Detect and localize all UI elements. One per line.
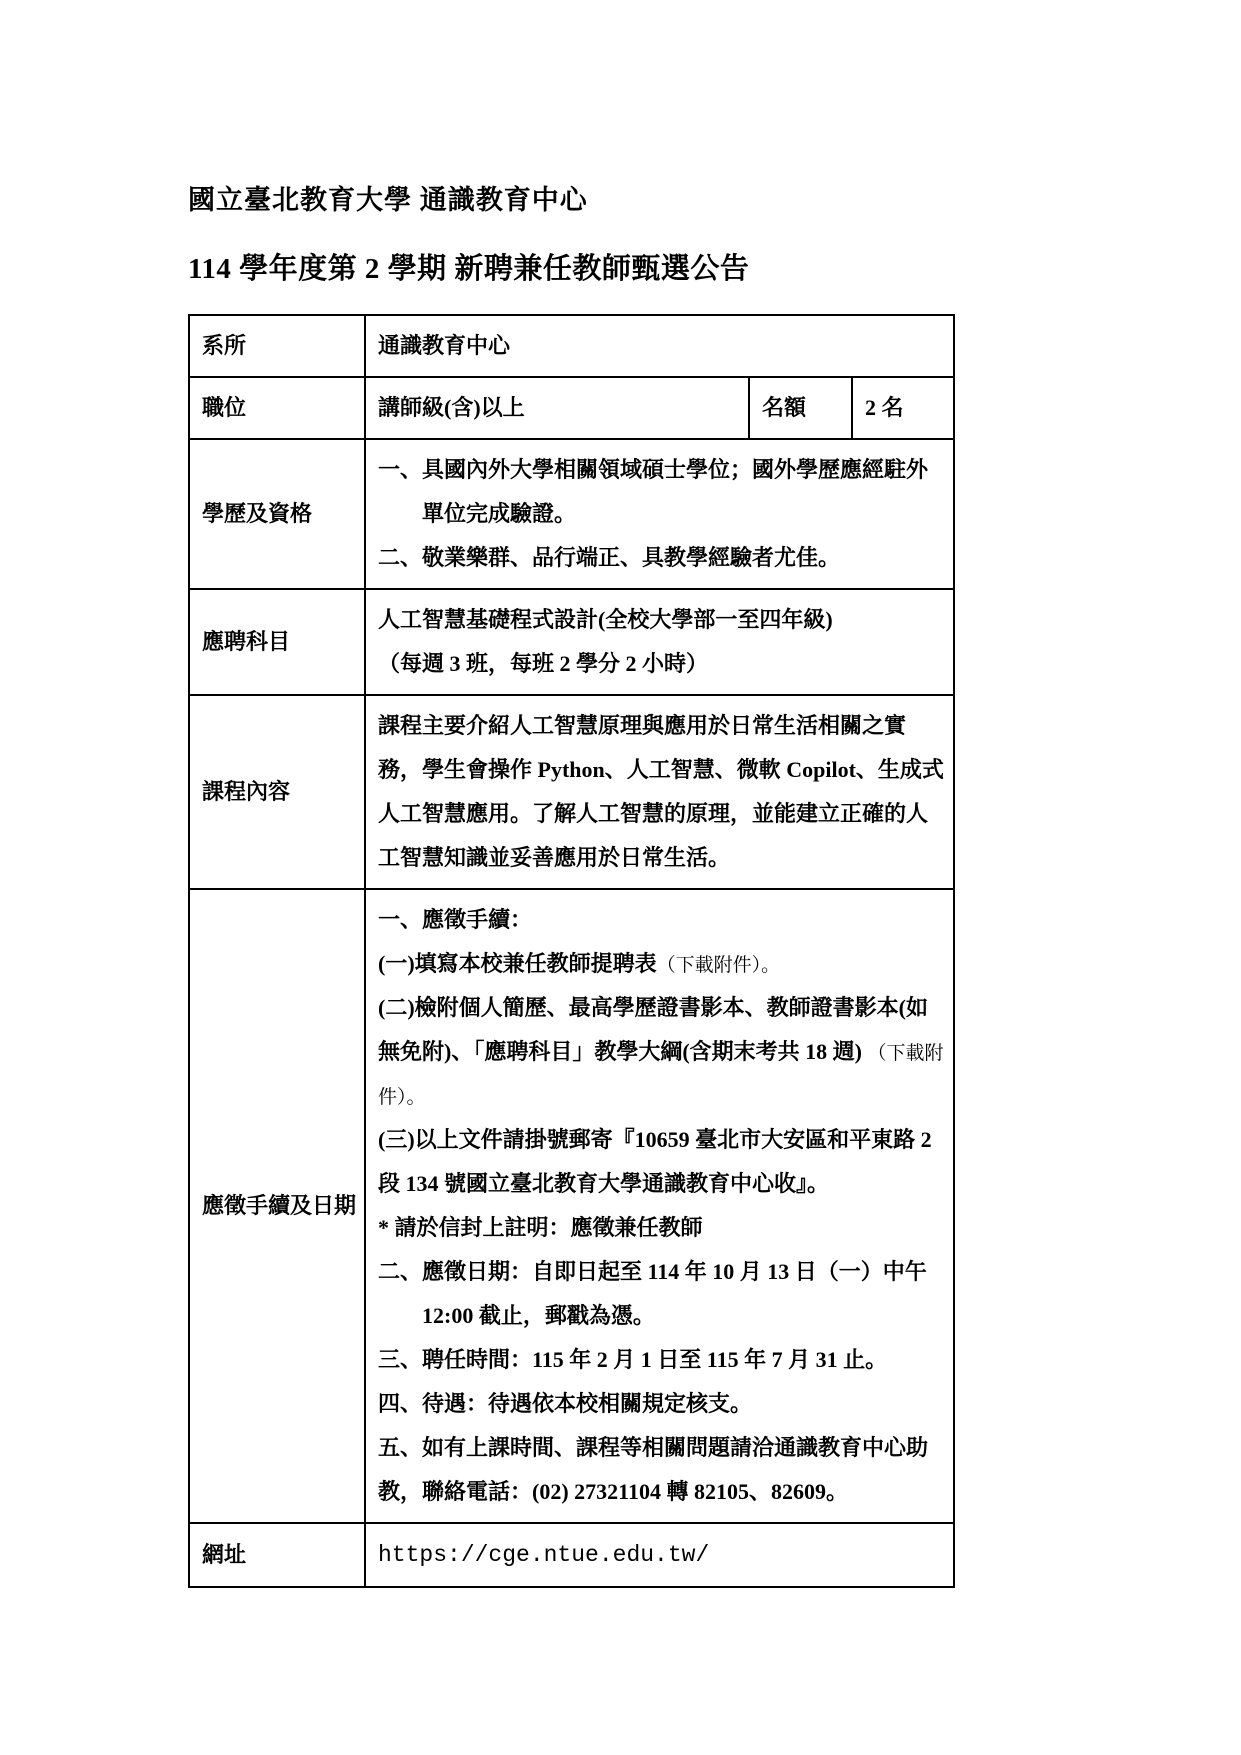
department-value: 通識教育中心 [365, 315, 954, 377]
subject-line: （每週 3 班，每班 2 學分 2 小時） [378, 642, 949, 686]
website-content: https://cge.ntue.edu.tw/ [365, 1523, 954, 1587]
procedure-heading: 一、應徵手續： [378, 898, 949, 942]
procedure-content: 一、應徵手續： (一)填寫本校兼任教師提聘表（下載附件）。 (二)檢附個人簡歷、… [365, 889, 954, 1523]
deadline-line-1: 二、應徵日期：自即日起至 114 年 10 月 13 日（一）中午 [378, 1250, 949, 1294]
qualification-item: 一、具國內外大學相關領域碩士學位；國外學歷應經駐外單位完成驗證。 [378, 448, 949, 536]
quota-label: 名額 [749, 377, 852, 439]
row-qualification: 學歷及資格 一、具國內外大學相關領域碩士學位；國外學歷應經駐外單位完成驗證。 二… [189, 439, 954, 589]
envelope-note: * 請於信封上註明：應徵兼任教師 [378, 1206, 949, 1250]
contact-info: 五、如有上課時間、課程等相關問題請洽通識教育中心助教，聯絡電話：(02) 273… [378, 1426, 949, 1514]
subject-line: 人工智慧基礎程式設計(全校大學部一至四年級) [378, 598, 949, 642]
row-website: 網址 https://cge.ntue.edu.tw/ [189, 1523, 954, 1587]
qualification-content: 一、具國內外大學相關領域碩士學位；國外學歷應經駐外單位完成驗證。 二、敬業樂群、… [365, 439, 954, 589]
row-procedure: 應徵手續及日期 一、應徵手續： (一)填寫本校兼任教師提聘表（下載附件）。 (二… [189, 889, 954, 1523]
position-value: 講師級(含)以上 [365, 377, 749, 439]
procedure-step-1: (一)填寫本校兼任教師提聘表（下載附件）。 [378, 942, 949, 986]
row-position: 職位 講師級(含)以上 名額 2 名 [189, 377, 954, 439]
procedure-step-2-text: (二)檢附個人簡歷、最高學歷證書影本、教師證書影本(如無免附)、「應聘科目」教學… [378, 995, 928, 1064]
org-title: 國立臺北教育大學 通識教育中心 [188, 184, 953, 216]
quota-value: 2 名 [852, 377, 954, 439]
announcement-title: 114 學年度第 2 學期 新聘兼任教師甄選公告 [188, 252, 953, 287]
salary-note: 四、待遇：待遇依本校相關規定核支。 [378, 1382, 949, 1426]
course-label: 課程內容 [189, 695, 365, 889]
department-label: 系所 [189, 315, 365, 377]
website-label: 網址 [189, 1523, 365, 1587]
qualification-label: 學歷及資格 [189, 439, 365, 589]
qualification-item: 二、敬業樂群、品行端正、具教學經驗者尤佳。 [378, 536, 949, 580]
row-department: 系所 通識教育中心 [189, 315, 954, 377]
course-description: 課程主要介紹人工智慧原理與應用於日常生活相關之實務，學生會操作 Python、人… [378, 704, 949, 880]
document-content: 國立臺北教育大學 通識教育中心 114 學年度第 2 學期 新聘兼任教師甄選公告… [188, 184, 953, 1588]
position-label: 職位 [189, 377, 365, 439]
procedure-step-1-text: (一)填寫本校兼任教師提聘表 [378, 951, 657, 976]
website-url: https://cge.ntue.edu.tw/ [378, 1542, 709, 1568]
subject-content: 人工智慧基礎程式設計(全校大學部一至四年級) （每週 3 班，每班 2 學分 2… [365, 589, 954, 695]
procedure-label: 應徵手續及日期 [189, 889, 365, 1523]
subject-label: 應聘科目 [189, 589, 365, 695]
document-page: 國立臺北教育大學 通識教育中心 114 學年度第 2 學期 新聘兼任教師甄選公告… [0, 0, 1241, 1755]
employment-term: 三、聘任時間：115 年 2 月 1 日至 115 年 7 月 31 止。 [378, 1338, 949, 1382]
procedure-step-3: (三)以上文件請掛號郵寄『10659 臺北市大安區和平東路 2 段 134 號國… [378, 1118, 949, 1206]
download-attachment-note: （下載附件）。 [657, 955, 781, 976]
row-subject: 應聘科目 人工智慧基礎程式設計(全校大學部一至四年級) （每週 3 班，每班 2… [189, 589, 954, 695]
course-content: 課程主要介紹人工智慧原理與應用於日常生活相關之實務，學生會操作 Python、人… [365, 695, 954, 889]
deadline-line-2: 12:00 截止，郵戳為憑。 [378, 1294, 949, 1338]
row-course: 課程內容 課程主要介紹人工智慧原理與應用於日常生活相關之實務，學生會操作 Pyt… [189, 695, 954, 889]
announcement-table: 系所 通識教育中心 職位 講師級(含)以上 名額 2 名 學歷及資格 一、具國內… [188, 314, 955, 1588]
procedure-step-2: (二)檢附個人簡歷、最高學歷證書影本、教師證書影本(如無免附)、「應聘科目」教學… [378, 986, 949, 1118]
